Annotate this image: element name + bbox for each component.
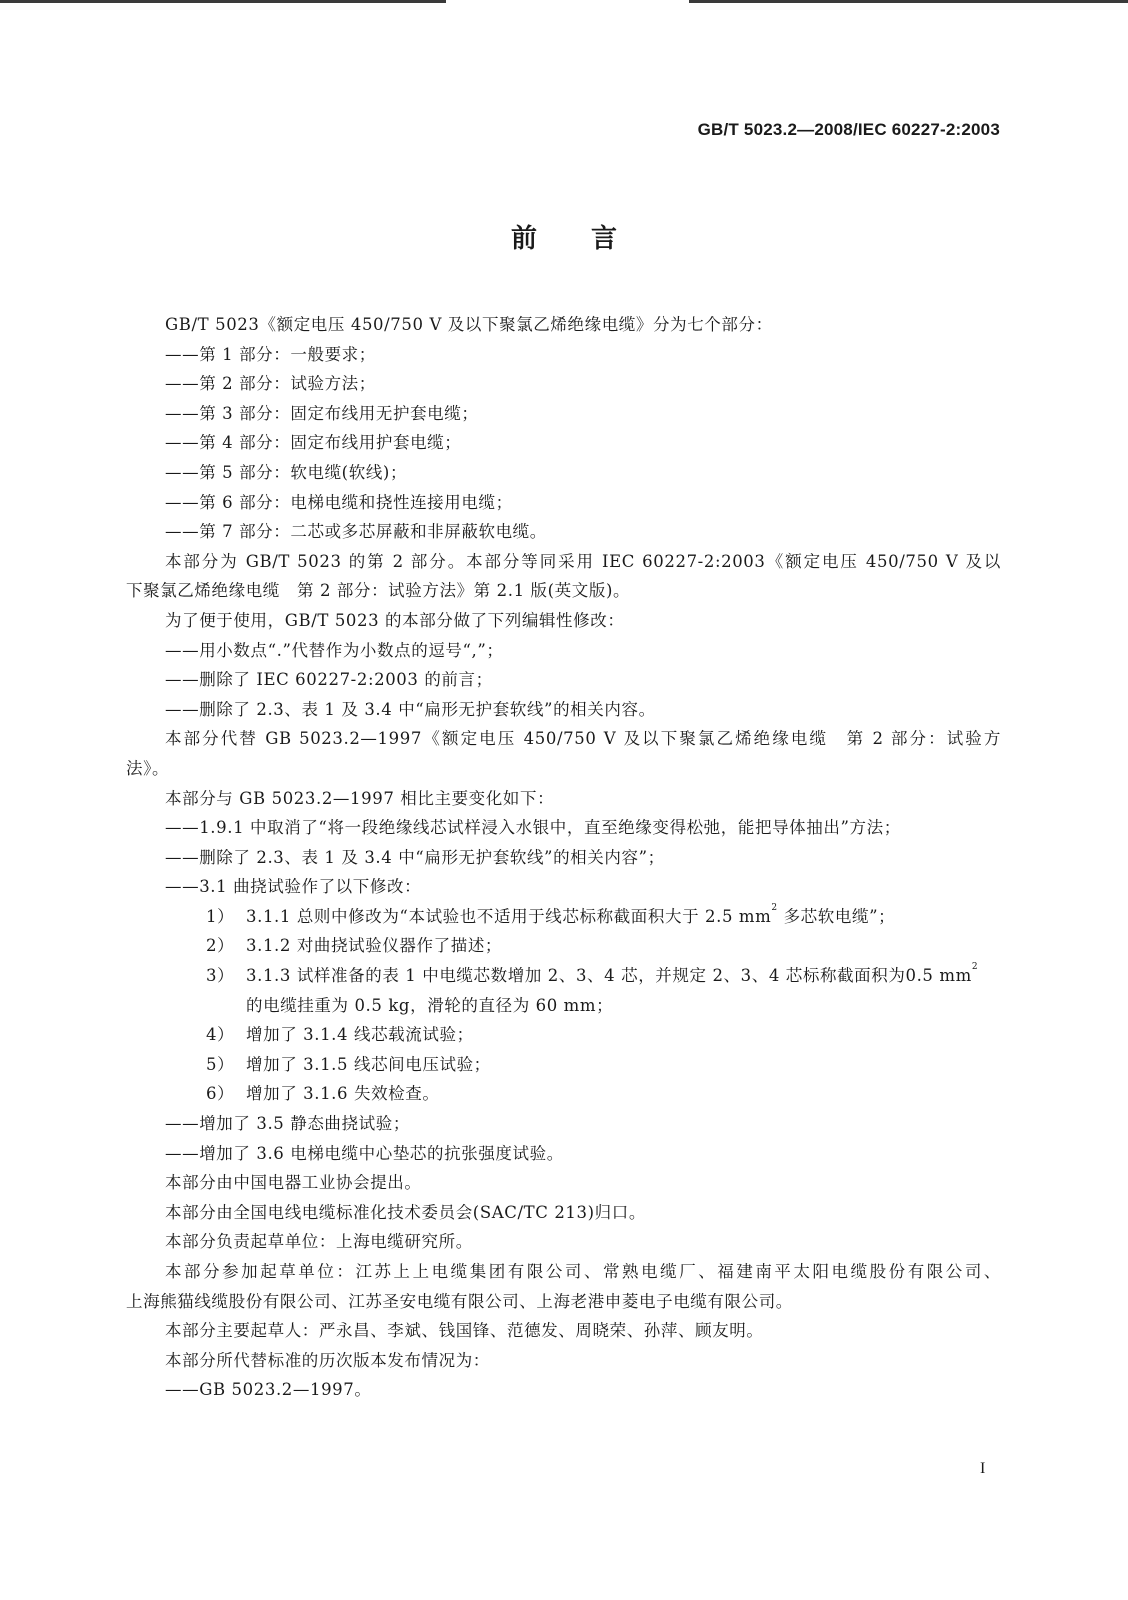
paragraph-line: 上海熊猫线缆股份有限公司、江苏圣安电缆有限公司、上海老港申菱电子电缆有限公司。 [126,1287,1001,1317]
paragraph-line: 本部分由中国电器工业协会提出。 [126,1168,1001,1198]
paragraph-line: 本部分负责起草单位：上海电缆研究所。 [126,1227,1001,1257]
title-char: 言 [591,218,617,255]
scan-border-top-right [689,0,1128,3]
page-number: I [980,1460,985,1478]
list-number: 3） [206,961,246,991]
paragraph-line: 本部分主要起草人：严永昌、李斌、钱国锋、范德发、周晓荣、孙萍、顾友明。 [126,1316,1001,1346]
paragraph-line: ——删除了 2.3、表 1 及 3.4 中“扁形无护套软线”的相关内容”； [126,843,1001,873]
sub-list-item: 的电缆挂重为 0.5 kg，滑轮的直径为 60 mm； [126,991,1001,1021]
paragraph-line: ——GB 5023.2—1997。 [126,1375,1001,1405]
list-text: 增加了 3.1.5 线芯间电压试验； [246,1055,491,1074]
sub-list-item: 3）3.1.3 试样准备的表 1 中电缆芯数增加 2、3、4 芯，并规定 2、3… [126,961,1001,991]
list-text: 3.1.2 对曲挠试验仪器作了描述； [246,936,502,955]
paragraph-line: ——第 7 部分：二芯或多芯屏蔽和非屏蔽软电缆。 [126,517,1001,547]
paragraph-line: 法》。 [126,754,1001,784]
document-body: GB/T 5023《额定电压 450/750 V 及以下聚氯乙烯绝缘电缆》分为七… [126,310,1001,1405]
sub-list-item: 1）3.1.1 总则中修改为“本试验也不适用于线芯标称截面积大于 2.5 mm2… [126,902,1001,932]
sub-list-item: 2）3.1.2 对曲挠试验仪器作了描述； [126,931,1001,961]
list-text: 的电缆挂重为 0.5 kg，滑轮的直径为 60 mm； [246,996,613,1015]
paragraph-line: ——用小数点“.”代替作为小数点的逗号“,”； [126,636,1001,666]
paragraph-line: 本部分代替 GB 5023.2—1997《额定电压 450/750 V 及以下聚… [126,724,1001,754]
list-text: 3.1.3 试样准备的表 1 中电缆芯数增加 2、3、4 芯，并规定 2、3、4… [246,966,972,985]
paragraph-line: ——3.1 曲挠试验作了以下修改： [126,872,1001,902]
paragraph-line: 本部分为 GB/T 5023 的第 2 部分。本部分等同采用 IEC 60227… [126,547,1001,577]
list-number: 5） [206,1050,246,1080]
paragraph-line: ——删除了 2.3、表 1 及 3.4 中“扁形无护套软线”的相关内容。 [126,695,1001,725]
list-number: 6） [206,1079,246,1109]
paragraph-line: ——删除了 IEC 60227-2:2003 的前言； [126,665,1001,695]
list-number: 2） [206,931,246,961]
paragraph-line: 本部分所代替标准的历次版本发布情况为： [126,1346,1001,1376]
paragraph-line: ——第 4 部分：固定布线用护套电缆； [126,428,1001,458]
list-number: 1） [206,902,246,932]
list-text: 增加了 3.1.4 线芯载流试验； [246,1025,474,1044]
superscript: 2 [972,962,978,972]
sub-list-item: 5）增加了 3.1.5 线芯间电压试验； [126,1050,1001,1080]
paragraph-line: ——第 6 部分：电梯电缆和挠性连接用电缆； [126,488,1001,518]
paragraph-line: GB/T 5023《额定电压 450/750 V 及以下聚氯乙烯绝缘电缆》分为七… [126,310,1001,340]
paragraph-line: ——第 5 部分：软电缆(软线)； [126,458,1001,488]
paragraph-line: ——第 2 部分：试验方法； [126,369,1001,399]
paragraph-line: 本部分参加起草单位：江苏上上电缆集团有限公司、常熟电缆厂、福建南平太阳电缆股份有… [126,1257,1001,1287]
list-number: 4） [206,1020,246,1050]
paragraph-line: ——增加了 3.5 静态曲挠试验； [126,1109,1001,1139]
scan-border-top-left [0,0,446,3]
sub-list-item: 6）增加了 3.1.6 失效检查。 [126,1079,1001,1109]
paragraph-line: ——1.9.1 中取消了“将一段绝缘线芯试样浸入水银中，直至绝缘变得松弛，能把导… [126,813,1001,843]
paragraph-line: 为了便于使用，GB/T 5023 的本部分做了下列编辑性修改： [126,606,1001,636]
title-char: 前 [511,218,537,255]
paragraph-line: ——第 3 部分：固定布线用无护套电缆； [126,399,1001,429]
paragraph-line: ——增加了 3.6 电梯电缆中心垫芯的抗张强度试验。 [126,1139,1001,1169]
list-text-after: 多芯软电缆”； [778,907,895,926]
paragraph-line: 下聚氯乙烯绝缘电缆 第 2 部分：试验方法》第 2.1 版(英文版)。 [126,576,1001,606]
page-title: 前言 [0,218,1128,255]
paragraph-line: ——第 1 部分：一般要求； [126,340,1001,370]
paragraph-line: 本部分与 GB 5023.2—1997 相比主要变化如下： [126,784,1001,814]
list-text: 增加了 3.1.6 失效检查。 [246,1084,439,1103]
standard-number-header: GB/T 5023.2—2008/IEC 60227-2:2003 [698,120,1000,140]
paragraph-line: 本部分由全国电线电缆标准化技术委员会(SAC/TC 213)归口。 [126,1198,1001,1228]
sub-list-item: 4）增加了 3.1.4 线芯载流试验； [126,1020,1001,1050]
list-text: 3.1.1 总则中修改为“本试验也不适用于线芯标称截面积大于 2.5 mm [246,907,771,926]
